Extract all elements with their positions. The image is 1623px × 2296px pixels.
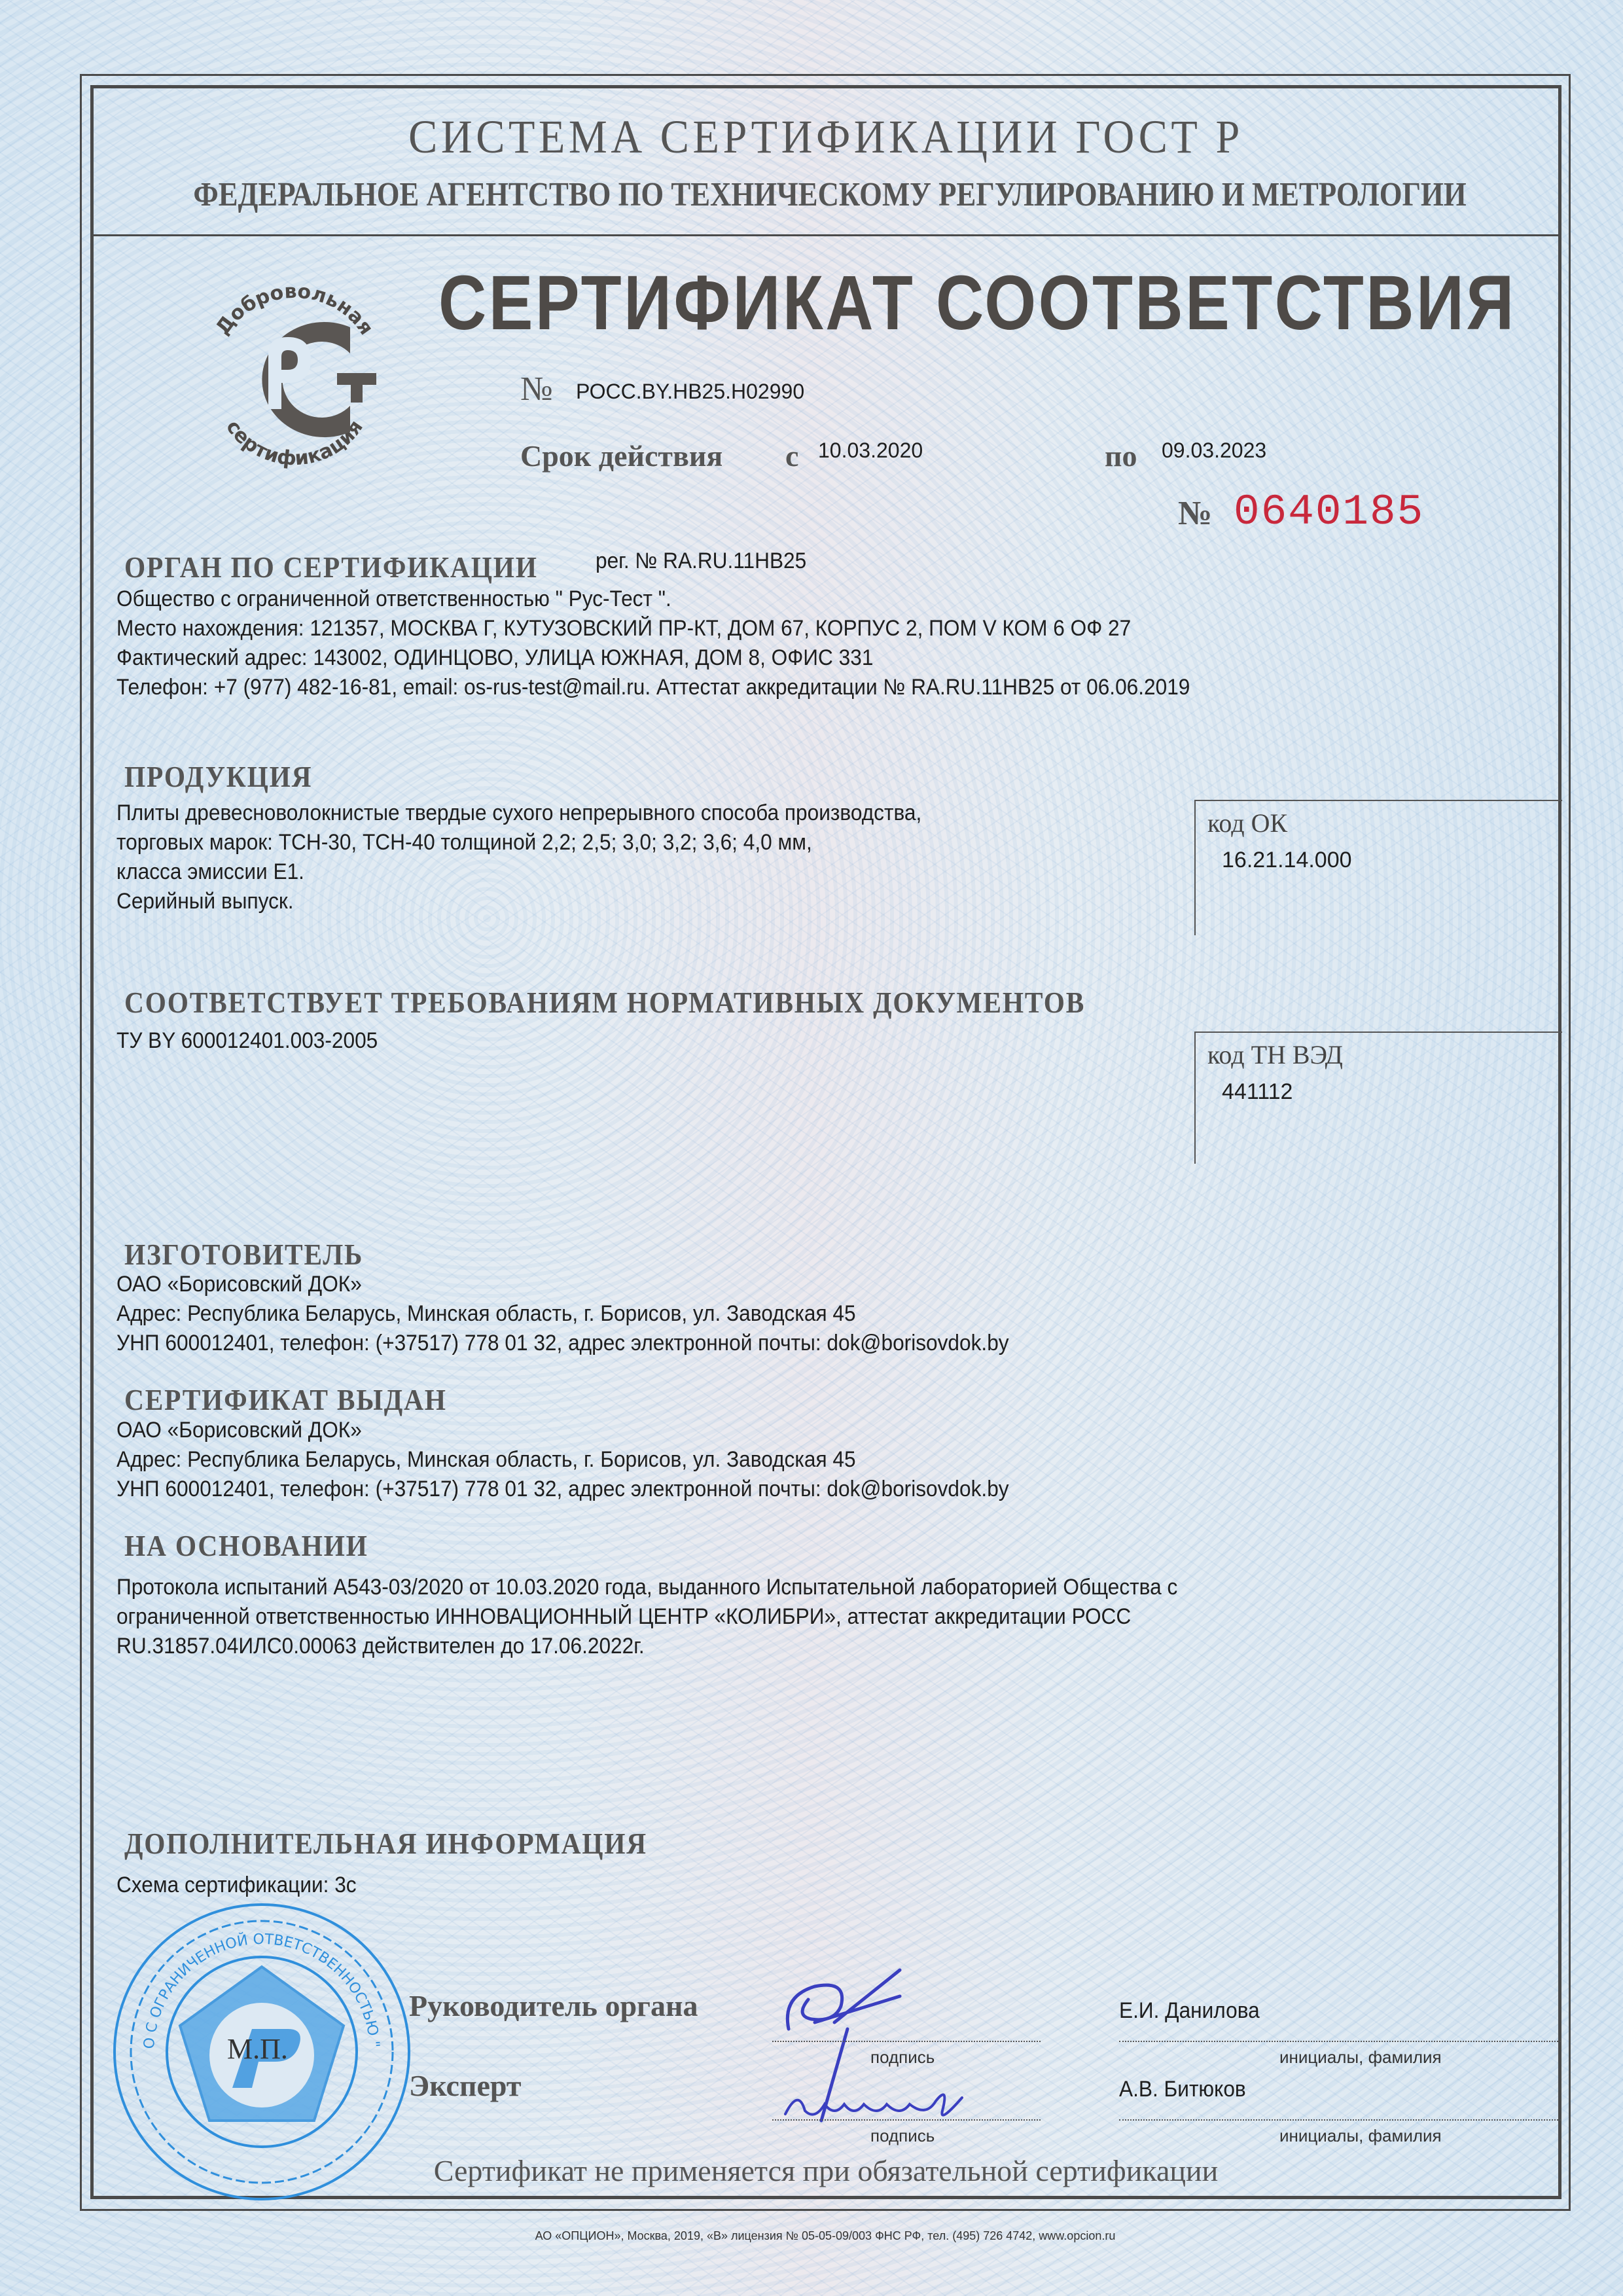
ok-code-box: код ОК 16.21.14.000 [1194, 800, 1562, 935]
compliance-heading: СООТВЕТСТВУЕТ ТРЕБОВАНИЯМ НОРМАТИВНЫХ ДО… [124, 985, 1085, 1020]
head-signature-caption: подпись [870, 2047, 935, 2068]
ok-code-label: код ОК [1207, 808, 1562, 838]
printer-imprint: АО «ОПЦИОН», Москва, 2019, «В» лицензия … [80, 2229, 1571, 2243]
certification-body-contacts: Телефон: +7 (977) 482-16-81, email: os-r… [116, 673, 1190, 702]
certification-body-location: Место нахождения: 121357, МОСКВА Г, КУТУ… [116, 614, 1190, 643]
certificate-number-label: № [520, 370, 553, 408]
header-divider [90, 234, 1561, 236]
certification-body-heading: ОРГАН ПО СЕРТИФИКАЦИИ [124, 550, 538, 584]
product-heading: ПРОДУКЦИЯ [124, 759, 312, 794]
expert-label: Эксперт [409, 2068, 521, 2103]
tn-ved-code-box: код ТН ВЭД 441112 [1194, 1031, 1562, 1164]
manufacturer-details: ОАО «Борисовский ДОК» Адрес: Республика … [116, 1270, 1076, 1358]
certificate-number: РОСС.BY.НВ25.Н02990 [576, 380, 804, 404]
validity-to-label: по [1105, 439, 1137, 473]
product-description: Плиты древесноволокнистые твердые сухого… [116, 798, 982, 916]
stamp-place-label: М.П. [227, 2032, 288, 2066]
system-title: СИСТЕМА СЕРТИФИКАЦИИ ГОСТ Р [149, 110, 1503, 164]
validity-from-label: с [785, 439, 798, 473]
expert-signature-line [772, 2119, 1041, 2121]
rst-mark-icon: Добровольная сертификация [190, 275, 399, 471]
product-line: класса эмиссии Е1. [116, 857, 921, 887]
issued-to-name: ОАО «Борисовский ДОК» [116, 1416, 1009, 1445]
voluntary-notice: Сертификат не применяется при обязательн… [90, 2153, 1561, 2188]
ok-code-value: 16.21.14.000 [1222, 848, 1562, 873]
basis-details: Протокола испытаний А543-03/2020 от 10.0… [116, 1573, 1257, 1661]
valid-to-date: 09.03.2023 [1162, 439, 1266, 463]
manufacturer-contacts: УНП 600012401, телефон: (+37517) 778 01 … [116, 1329, 1009, 1358]
valid-from-date: 10.03.2020 [818, 439, 923, 463]
manufacturer-name: ОАО «Борисовский ДОК» [116, 1270, 1009, 1299]
additional-info-heading: ДОПОЛНИТЕЛЬНАЯ ИНФОРМАЦИЯ [124, 1826, 647, 1861]
head-name-line [1119, 2041, 1561, 2042]
expert-signature-caption: подпись [870, 2126, 935, 2146]
expert-name: А.В. Битюков [1119, 2075, 1246, 2104]
certification-body-reg-number: рег. № RA.RU.11НВ25 [596, 547, 806, 576]
certification-body-actual-address: Фактический адрес: 143002, ОДИНЦОВО, УЛИ… [116, 643, 1190, 673]
form-serial-number: 0640185 [1234, 488, 1424, 537]
head-signature-line [772, 2041, 1041, 2042]
product-line: торговых марок: ТСН-30, ТСН-40 толщиной … [116, 828, 921, 857]
expert-name-caption: инициалы, фамилия [1279, 2126, 1442, 2146]
certification-body-details: Общество с ограниченной ответственностью… [116, 584, 1271, 702]
head-name: Е.И. Данилова [1119, 1996, 1260, 2026]
manufacturer-heading: ИЗГОТОВИТЕЛЬ [124, 1237, 363, 1272]
issued-to-contacts: УНП 600012401, телефон: (+37517) 778 01 … [116, 1475, 1009, 1504]
certification-scheme: Схема сертификации: 3с [116, 1871, 357, 1900]
rst-logo: Добровольная сертификация [190, 275, 399, 471]
agency-title: ФЕДЕРАЛЬНОЕ АГЕНТСТВО ПО ТЕХНИЧЕСКОМУ РЕ… [193, 175, 1458, 214]
tn-ved-code-label: код ТН ВЭД [1207, 1039, 1562, 1070]
issued-to-details: ОАО «Борисовский ДОК» Адрес: Республика … [116, 1416, 1076, 1504]
certification-body-name: Общество с ограниченной ответственностью… [116, 584, 1190, 614]
issued-to-address: Адрес: Республика Беларусь, Минская обла… [116, 1445, 1009, 1475]
basis-line: Протокола испытаний А543-03/2020 от 10.0… [116, 1573, 1177, 1602]
product-line: Серийный выпуск. [116, 887, 921, 916]
head-of-body-label: Руководитель органа [409, 1988, 698, 2023]
basis-heading: НА ОСНОВАНИИ [124, 1528, 368, 1563]
head-name-caption: инициалы, фамилия [1279, 2047, 1442, 2068]
validity-label: Срок действия [520, 439, 722, 473]
basis-line: RU.31857.04ИЛС0.00063 действителен до 17… [116, 1632, 1177, 1661]
product-line: Плиты древесноволокнистые твердые сухого… [116, 798, 921, 828]
basis-line: ограниченной ответственностью ИННОВАЦИОН… [116, 1602, 1177, 1632]
certificate-title: СЕРТИФИКАТ СООТВЕТСТВИЯ [438, 259, 1516, 348]
normative-document: ТУ BY 600012401.003-2005 [116, 1026, 378, 1056]
form-number-label: № [1178, 494, 1212, 533]
expert-signature [779, 2081, 975, 2130]
issued-to-heading: СЕРТИФИКАТ ВЫДАН [124, 1382, 447, 1417]
tn-ved-code-value: 441112 [1222, 1079, 1562, 1105]
expert-name-line [1119, 2119, 1561, 2121]
manufacturer-address: Адрес: Республика Беларусь, Минская обла… [116, 1299, 1009, 1329]
